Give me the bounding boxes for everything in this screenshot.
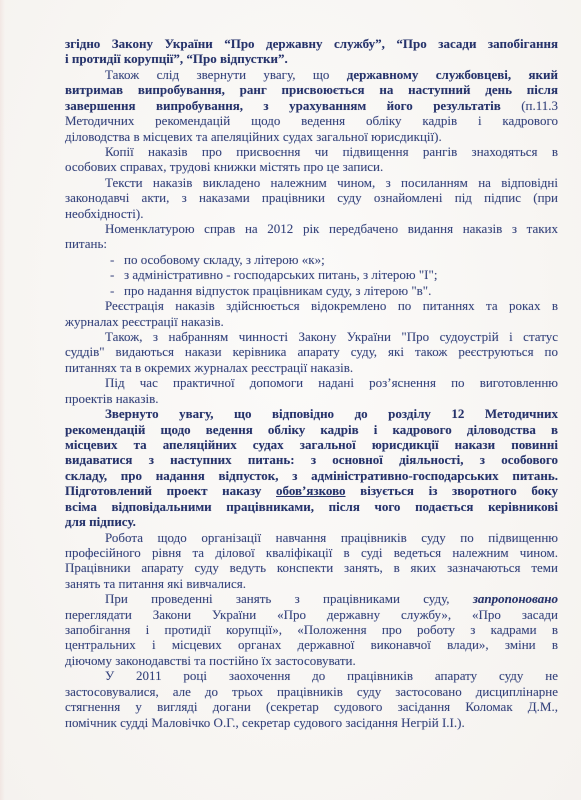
- text-line: професійного рівня та ділової кваліфікац…: [65, 545, 558, 560]
- text-line: діючому законодавстві та постійно їх зас…: [65, 653, 558, 668]
- bullet-line: -по особовому складу, з літерою «к»;: [65, 252, 558, 267]
- text-segment: запобігання і протидії корупції», «Полож…: [65, 622, 558, 637]
- text-segment: законодавчі акти, з наказами працівники …: [65, 190, 558, 205]
- text-segment: помічник судді Маловічко О.Г., секретар …: [65, 715, 465, 730]
- text-line: Реєстрація наказів здійснюється відокрем…: [65, 298, 558, 313]
- text-segment: суддів" видаються накази керівника апара…: [65, 344, 558, 359]
- text-line: проектів наказів.: [65, 391, 558, 406]
- text-segment: Номенклатурою справ на 2012 рік передбач…: [105, 221, 558, 236]
- text-line: видаватися з наступних питань: з основно…: [65, 452, 558, 467]
- bullet-line: -з адміністративно - господарських питан…: [65, 267, 558, 282]
- bullet-dash: -: [110, 252, 124, 267]
- text-line: занять та питання які вивчалися.: [65, 576, 558, 591]
- text-segment: всіма відповідальними працівниками, післ…: [65, 499, 558, 514]
- text-segment: і протидії корупції”, “Про відпустки”.: [65, 51, 288, 66]
- text-line: особових справах, трудові книжки містять…: [65, 159, 558, 174]
- text-line: Методичних рекомендацій щодо ведення обл…: [65, 113, 558, 128]
- text-segment: Робота щодо організації навчання працівн…: [105, 530, 558, 545]
- text-line: згідно Закону України “Про державну служ…: [65, 36, 558, 51]
- text-segment: Підготовлений проект наказу: [65, 483, 276, 498]
- text-line: рекомендацій щодо ведення обліку кадрів …: [65, 422, 558, 437]
- text-line: Підготовлений проект наказу обов’язково …: [65, 483, 558, 498]
- text-line: завершення випробування, з урахуванням й…: [65, 98, 558, 113]
- text-segment: При проведенні занять з працівниками суд…: [105, 591, 473, 606]
- text-line: суддів" видаються накази керівника апара…: [65, 344, 558, 359]
- text-line: Номенклатурою справ на 2012 рік передбач…: [65, 221, 558, 236]
- text-segment: занять та питання які вивчалися.: [65, 576, 246, 591]
- text-segment: професійного рівня та ділової кваліфікац…: [65, 545, 558, 560]
- text-line: Звернуто увагу, що відповідно до розділу…: [65, 406, 558, 421]
- text-segment: Копії наказів про присвоєння чи підвищен…: [105, 144, 558, 159]
- text-segment: переглядати Закони України «Про державну…: [65, 607, 558, 622]
- text-line: законодавчі акти, з наказами працівники …: [65, 190, 558, 205]
- bullet-line: -про надання відпусток працівникам суду,…: [65, 283, 558, 298]
- text-segment: місцевих та апеляційних судах загальної …: [65, 437, 558, 452]
- scanned-document-page: згідно Закону України “Про державну служ…: [0, 0, 581, 800]
- text-segment: проектів наказів.: [65, 391, 158, 406]
- text-segment: Звернуто увагу, що відповідно до розділу…: [105, 406, 558, 421]
- text-line: всіма відповідальними працівниками, післ…: [65, 499, 558, 514]
- text-segment: візується із зворотного боку: [346, 483, 558, 498]
- text-segment: запропоновано: [473, 591, 558, 606]
- text-segment: видаватися з наступних питань: з основно…: [65, 452, 558, 467]
- text-segment: необхідності).: [65, 206, 144, 221]
- text-line: журналах реєстрації наказів.: [65, 314, 558, 329]
- text-line: Під час практичної допомоги надані роз’я…: [65, 375, 558, 390]
- text-segment: діловодства в місцевих та апеляційних су…: [65, 129, 442, 144]
- text-segment: Також, з набранням чинності Закону Украї…: [105, 329, 558, 344]
- text-segment: обов’язково: [276, 483, 346, 498]
- text-line: складу, про надання відпусток, з адмініс…: [65, 468, 558, 483]
- text-line: для підпису.: [65, 514, 558, 529]
- bullet-dash: -: [110, 283, 124, 298]
- text-line: переглядати Закони України «Про державну…: [65, 607, 558, 622]
- bullet-dash: -: [110, 267, 124, 282]
- text-segment: питаннях та в окремих журналах реєстраці…: [65, 360, 353, 375]
- text-segment: Під час практичної допомоги надані роз’я…: [105, 375, 558, 390]
- text-segment: діючому законодавстві та постійно їх зас…: [65, 653, 356, 668]
- text-line: витримав випробування, ранг присвоюється…: [65, 82, 558, 97]
- text-segment: складу, про надання відпусток, з адмініс…: [65, 468, 558, 483]
- text-segment: застосовувалися, але до трьох працівникі…: [65, 684, 558, 699]
- text-segment: з адміністративно - господарських питань…: [124, 267, 437, 282]
- text-line: місцевих та апеляційних судах загальної …: [65, 437, 558, 452]
- text-segment: для підпису.: [65, 514, 136, 529]
- text-line: стягнення у вигляді догани (секретар суд…: [65, 699, 558, 714]
- text-segment: рекомендацій щодо ведення обліку кадрів …: [65, 422, 558, 437]
- text-line: запобігання і протидії корупції», «Полож…: [65, 622, 558, 637]
- text-line: Тексти наказів викладено належним чином,…: [65, 175, 558, 190]
- text-line: центральних і місцевих органах державної…: [65, 637, 558, 652]
- text-line: При проведенні занять з працівниками суд…: [65, 591, 558, 606]
- text-segment: завершення випробування, з урахуванням й…: [65, 98, 501, 113]
- text-line: Також, з набранням чинності Закону Украї…: [65, 329, 558, 344]
- text-line: діловодства в місцевих та апеляційних су…: [65, 129, 558, 144]
- text-line: необхідності).: [65, 206, 558, 221]
- text-line: Робота щодо організації навчання працівн…: [65, 530, 558, 545]
- text-line: помічник судді Маловічко О.Г., секретар …: [65, 715, 558, 730]
- text-segment: Працівники апарату суду ведуть конспекти…: [65, 560, 558, 575]
- text-line: питань:: [65, 236, 558, 251]
- text-line: Працівники апарату суду ведуть конспекти…: [65, 560, 558, 575]
- text-line: Копії наказів про присвоєння чи підвищен…: [65, 144, 558, 159]
- text-segment: згідно Закону України “Про державну служ…: [65, 36, 558, 51]
- text-segment: про надання відпусток працівникам суду, …: [124, 283, 431, 298]
- text-segment: У 2011 році заохочення до працівників ап…: [105, 668, 558, 683]
- text-segment: по особовому складу, з літерою «к»;: [124, 252, 325, 267]
- text-segment: державному службовцеві, який: [347, 67, 558, 82]
- text-line: питаннях та в окремих журналах реєстраці…: [65, 360, 558, 375]
- text-segment: питань:: [65, 236, 107, 251]
- document-text: згідно Закону України “Про державну служ…: [65, 36, 558, 730]
- text-line: і протидії корупції”, “Про відпустки”.: [65, 51, 558, 66]
- text-segment: центральних і місцевих органах державної…: [65, 637, 558, 652]
- text-segment: особових справах, трудові книжки містять…: [65, 159, 383, 174]
- text-segment: (п.11.3: [501, 98, 558, 113]
- text-segment: Тексти наказів викладено належним чином,…: [105, 175, 558, 190]
- text-segment: Методичних рекомендацій щодо ведення обл…: [65, 113, 558, 128]
- text-line: Також слід звернути увагу, що державному…: [65, 67, 558, 82]
- text-line: застосовувалися, але до трьох працівникі…: [65, 684, 558, 699]
- text-segment: Також слід звернути увагу, що: [105, 67, 347, 82]
- text-segment: Реєстрація наказів здійснюється відокрем…: [105, 298, 558, 313]
- text-segment: витримав випробування, ранг присвоюється…: [65, 82, 558, 97]
- text-line: У 2011 році заохочення до працівників ап…: [65, 668, 558, 683]
- text-segment: журналах реєстрації наказів.: [65, 314, 224, 329]
- text-segment: стягнення у вигляді догани (секретар суд…: [65, 699, 558, 714]
